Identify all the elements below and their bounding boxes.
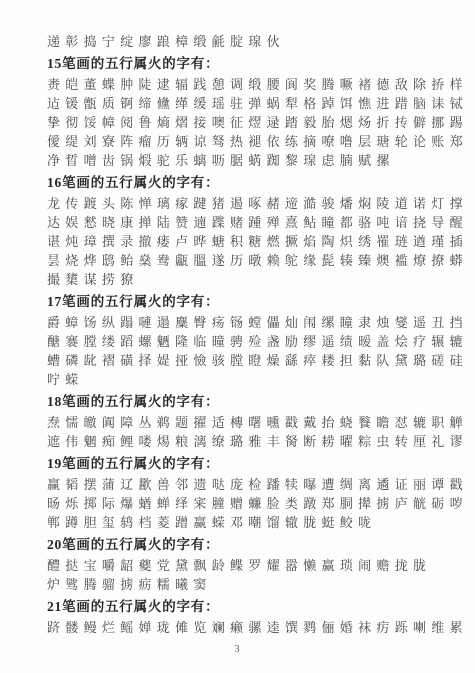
stroke-section: 18笔画的五行属火的字有：焘懦皦阗障丛鹈题擢适槫曙曛戳戴抬蛲餮瞻怼辘职觯遮伟魍痴… [47,392,469,451]
document-page: 递彰捣宁绽廖踉樟缎毹腚瑔伙 15笔画的五行属火的字有：赉皑董蝶肿陡逮辐践憩调缎腰… [0,0,475,673]
stroke-section: 15笔画的五行属火的字有：赉皑董蝶肿陡逮辐践憩调缎腰阆奖腾噘褚德敌除挢样迠锾甑质… [47,54,469,170]
char-line: 谌炖璋撰录撤瘘卢晔螗积糖燃撅焰陶炽绣罹琏遒瑾插 [47,232,469,251]
char-line: 咛蝾 [47,370,469,389]
char-line: 赢韬摆蒲辽歠兽邻遗哒庞检蹯犊曝遭绸离遹证丽谭戳 [47,475,469,494]
char-line: 螬磷龀褶磺择媞挜憸骇膛瞪燥繇瘁耧担黏队黛璐磋硅 [47,351,469,370]
char-line: 迠锾甑质锕缔儵缂缓瑶驻弹蜗犁格踔饵憔进踖脑诔铽 [47,94,469,113]
section-heading: 19笔画的五行属火的字有： [47,454,469,474]
stroke-section: 20笔画的五行属火的字有：醴挞宝嚼龆夔党黛飘龄鲽罗耀嚣懒赢琐闹赡拢胧炉骘腾骝掳疬… [47,535,469,594]
stroke-section: 17笔画的五行属火的字有：爵蟑饧纵蹋嗹遢麋臀疡铴螳儡灿闱缧瞳隶烛燮遥丑挡醣褰膛缕… [47,292,469,389]
char-line: 郸蹲胆玺鸫档菱蹭赢蝾邓嘲馏辙胧蜓鲛咙 [47,513,469,532]
char-line: 僾缇刘寮阵瘤历辆谅驽热褪依练摘嘹噜层瑭轮论账郑 [47,132,469,151]
char-line: 净晢噌齿锅煅驼乐螭呖腒蜹踟黎瑔虑腩赋摞 [47,151,469,170]
continuation-character-line: 递彰捣宁绽廖踉樟缎毹腚瑔伙 [47,32,469,51]
section-heading: 21笔画的五行属火的字有： [47,597,469,617]
section-heading: 18笔画的五行属火的字有： [47,392,469,412]
char-line: 撮橥谋捞獠 [47,270,469,289]
section-heading: 17笔画的五行属火的字有： [47,292,469,312]
char-line: 赉皑董蝶肿陡逮辐践憩调缎腰阆奖腾噘褚德敌除挢样 [47,75,469,94]
page-number: 3 [47,644,427,655]
stroke-sections: 15笔画的五行属火的字有：赉皑董蝶肿陡逮辐践憩调缎腰阆奖腾噘褚德敌除挢样迠锾甑质… [47,54,469,637]
char-line: 龙传踱头陈惮璃瘃踺猪遏啄赭遆澔骏燔焖陵道诺灯撑 [47,194,469,213]
char-line: 挚彻馁幛阅鲁熵熠接噢征熤逯踏毅胎煾炀折抟僻挪踢 [47,113,469,132]
section-heading: 15笔画的五行属火的字有： [47,54,469,74]
char-line: 旸烁掷际爆蝤蝉绎宷膧赠蠊脸类蹾郑胴撵掳庐觥砺哕 [47,494,469,513]
stroke-section: 21笔画的五行属火的字有：跻髅鳗烂鳐婵珑傩览斓癞骡逵馔鹨俪婚袜疠跞喇维累 [47,597,469,637]
char-line: 跻髅鳗烂鳐婵珑傩览斓癞骡逵馔鹨俪婚袜疠跞喇维累 [47,618,469,637]
char-line: 遮伟魍痴鲤喽焬粮漓缭璐雅丰胬断耢曜粽虫转厘礼谬 [47,432,469,451]
char-line: 炉骘腾骝掳疬糯曦窦 [47,575,469,594]
section-heading: 20笔画的五行属火的字有： [47,535,469,555]
char-line: 醴挞宝嚼龆夔党黛飘龄鲽罗耀嚣懒赢琐闹赡拢胧 [47,556,469,575]
char-line: 焘懦皦阗障丛鹈题擢适槫曙曛戳戴抬蛲餮瞻怼辘职觯 [47,413,469,432]
stroke-section: 16笔画的五行属火的字有：龙传踱头陈惮璃瘃踺猪遏啄赭遆澔骏燔焖陵道诺灯撑达娱憖晓… [47,173,469,289]
char-line: 醣褰膛缕蹈螺魉隆临曈骋殓盏励缪遥绩暧盖烩疗辗辘 [47,332,469,351]
char-line: 爵蟑饧纵蹋嗹遢麋臀疡铴螳儡灿闱缧瞳隶烛燮遥丑挡 [47,313,469,332]
char-line: 昙烧烨鸱鲐燊鸯甗膃遂历暾赖鸵缘髭辏臻燠褴燎撩蟒 [47,251,469,270]
stroke-section: 19笔画的五行属火的字有：赢韬摆蒲辽歠兽邻遗哒庞检蹯犊曝遭绸离遹证丽谭戳旸烁掷际… [47,454,469,532]
section-heading: 16笔画的五行属火的字有： [47,173,469,193]
char-line: 达娱憖晓康掸陆赞遖蹀赌踵殚熹鲇瞳都骆吨谙挠导醒 [47,213,469,232]
